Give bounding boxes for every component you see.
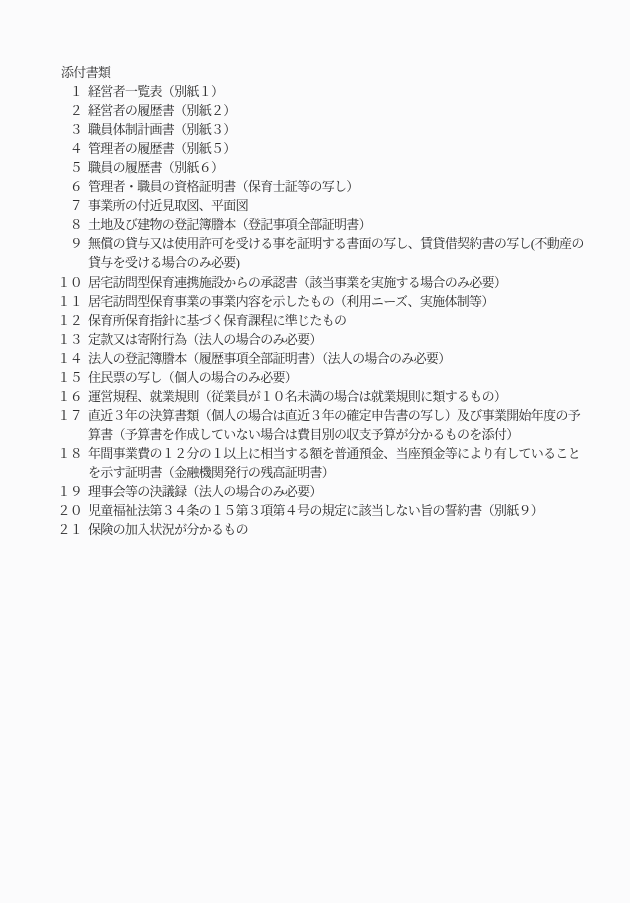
item-text-line: 経営者の履歴書（別紙２） xyxy=(88,101,236,120)
item-text-line: 職員の履歴書（別紙６） xyxy=(88,158,223,177)
list-item: １０ 居宅訪問型保育連携施設からの承認書（該当事業を実施する場合のみ必要） xyxy=(55,273,592,292)
item-number: １１ xyxy=(55,292,82,311)
item-number: ２ xyxy=(55,101,82,120)
item-text: 管理者の履歴書（別紙５） xyxy=(88,139,236,158)
list-item: ８ 土地及び建物の登記簿謄本（登記事項全部証明書） xyxy=(55,215,592,234)
item-text-line: 年間事業費の１２分の１以上に相当する額を普通預金、当座預金等により有していること xyxy=(88,444,580,463)
list-item: １１ 居宅訪問型保育事業の事業内容を示したもの（利用ニーズ、実施体制等） xyxy=(55,292,592,311)
item-text-line: 居宅訪問型保育事業の事業内容を示したもの（利用ニーズ、実施体制等） xyxy=(88,292,494,311)
item-text-line: 保育所保育指針に基づく保育課程に準じたもの xyxy=(88,311,346,330)
item-text-line: を示す証明書（金融機関発行の残高証明書） xyxy=(88,463,580,482)
item-text-line: 無償の貸与又は使用許可を受ける事を証明する書面の写し、賃貸借契約書の写し(不動産… xyxy=(88,234,584,253)
item-text: 保険の加入状況が分かるもの xyxy=(88,520,248,539)
item-number: ８ xyxy=(55,215,82,234)
list-item: ５ 職員の履歴書（別紙６） xyxy=(55,158,592,177)
item-text: 管理者・職員の資格証明書（保育士証等の写し） xyxy=(88,177,359,196)
item-text: 土地及び建物の登記簿謄本（登記事項全部証明書） xyxy=(88,215,371,234)
list-item: １９ 理事会等の決議録（法人の場合のみ必要） xyxy=(55,482,592,501)
list-item: １７ 直近３年の決算書類（個人の場合は直近３年の確定申告書の写し）及び事業開始年… xyxy=(55,406,592,444)
item-number: ４ xyxy=(55,139,82,158)
list-item: １６ 運営規程、就業規則（従業員が１０名未満の場合は就業規則に類するもの） xyxy=(55,387,592,406)
item-number: １６ xyxy=(55,387,82,406)
list-item: ２ 経営者の履歴書（別紙２） xyxy=(55,101,592,120)
item-text: 居宅訪問型保育事業の事業内容を示したもの（利用ニーズ、実施体制等） xyxy=(88,292,494,311)
list-item: １５ 住民票の写し（個人の場合のみ必要） xyxy=(55,368,592,387)
document-list: １ 経営者一覧表（別紙１） ２ 経営者の履歴書（別紙２） ３ 職員体制計画書（別… xyxy=(55,82,592,539)
item-number: ３ xyxy=(55,120,82,139)
list-item: １４ 法人の登記簿謄本（履歴事項全部証明書）（法人の場合のみ必要） xyxy=(55,349,592,368)
item-text: 事業所の付近見取図、平面図 xyxy=(88,196,248,215)
item-text-line: 法人の登記簿謄本（履歴事項全部証明書）（法人の場合のみ必要） xyxy=(88,349,451,368)
list-item: ３ 職員体制計画書（別紙３） xyxy=(55,120,592,139)
item-text-line: 事業所の付近見取図、平面図 xyxy=(88,196,248,215)
list-item: ２１ 保険の加入状況が分かるもの xyxy=(55,520,592,539)
list-item: ４ 管理者の履歴書（別紙５） xyxy=(55,139,592,158)
list-item: １３ 定款又は寄附行為（法人の場合のみ必要） xyxy=(55,330,592,349)
item-text-line: 定款又は寄附行為（法人の場合のみ必要） xyxy=(88,330,322,349)
item-text-line: 管理者の履歴書（別紙５） xyxy=(88,139,236,158)
item-text: 経営者の履歴書（別紙２） xyxy=(88,101,236,120)
list-item: １２ 保育所保育指針に基づく保育課程に準じたもの xyxy=(55,311,592,330)
item-number: １８ xyxy=(55,444,82,463)
item-text-line: 経営者一覧表（別紙１） xyxy=(88,82,223,101)
item-text: 法人の登記簿謄本（履歴事項全部証明書）（法人の場合のみ必要） xyxy=(88,349,451,368)
item-text: 保育所保育指針に基づく保育課程に準じたもの xyxy=(88,311,346,330)
item-text-line: 住民票の写し（個人の場合のみ必要） xyxy=(88,368,297,387)
item-number: １５ xyxy=(55,368,82,387)
list-item: ６ 管理者・職員の資格証明書（保育士証等の写し） xyxy=(55,177,592,196)
page-title: 添付書類 xyxy=(61,63,592,82)
item-number: １７ xyxy=(55,406,82,425)
item-number: ９ xyxy=(55,234,82,253)
item-text: 職員の履歴書（別紙６） xyxy=(88,158,223,177)
item-text: 居宅訪問型保育連携施設からの承認書（該当事業を実施する場合のみ必要） xyxy=(88,273,506,292)
item-text-line: 直近３年の決算書類（個人の場合は直近３年の確定申告書の写し）及び事業開始年度の予 xyxy=(88,406,580,425)
item-text-line: 算書（予算書を作成していない場合は費目別の収支予算が分かるものを添付） xyxy=(88,425,580,444)
document-page: 添付書類 １ 経営者一覧表（別紙１） ２ 経営者の履歴書（別紙２） ３ 職員体制… xyxy=(0,0,630,903)
item-text: 児童福祉法第３４条の１５第３項第４号の規定に該当しない旨の誓約書（別紙９） xyxy=(88,501,543,520)
item-number: ２０ xyxy=(55,501,82,520)
item-number: ５ xyxy=(55,158,82,177)
item-number: １ xyxy=(55,82,82,101)
item-text: 直近３年の決算書類（個人の場合は直近３年の確定申告書の写し）及び事業開始年度の予… xyxy=(88,406,580,444)
list-item: １ 経営者一覧表（別紙１） xyxy=(55,82,592,101)
item-text-line: 保険の加入状況が分かるもの xyxy=(88,520,248,539)
item-text-line: 管理者・職員の資格証明書（保育士証等の写し） xyxy=(88,177,359,196)
item-text: 経営者一覧表（別紙１） xyxy=(88,82,223,101)
item-number: １０ xyxy=(55,273,82,292)
item-text: 職員体制計画書（別紙３） xyxy=(88,120,236,139)
item-number: ２１ xyxy=(55,520,82,539)
item-number: ７ xyxy=(55,196,82,215)
list-item: ９ 無償の貸与又は使用許可を受ける事を証明する書面の写し、賃貸借契約書の写し(不… xyxy=(55,234,592,272)
item-text: 無償の貸与又は使用許可を受ける事を証明する書面の写し、賃貸借契約書の写し(不動産… xyxy=(88,234,584,272)
list-item: ７ 事業所の付近見取図、平面図 xyxy=(55,196,592,215)
item-number: １４ xyxy=(55,349,82,368)
item-text: 運営規程、就業規則（従業員が１０名未満の場合は就業規則に類するもの） xyxy=(88,387,506,406)
item-text-line: 職員体制計画書（別紙３） xyxy=(88,120,236,139)
item-text: 定款又は寄附行為（法人の場合のみ必要） xyxy=(88,330,322,349)
item-text-line: 土地及び建物の登記簿謄本（登記事項全部証明書） xyxy=(88,215,371,234)
item-number: １２ xyxy=(55,311,82,330)
item-text-line: 理事会等の決議録（法人の場合のみ必要） xyxy=(88,482,322,501)
item-text-line: 児童福祉法第３４条の１５第３項第４号の規定に該当しない旨の誓約書（別紙９） xyxy=(88,501,543,520)
item-text-line: 居宅訪問型保育連携施設からの承認書（該当事業を実施する場合のみ必要） xyxy=(88,273,506,292)
item-number: １３ xyxy=(55,330,82,349)
item-number: １９ xyxy=(55,482,82,501)
list-item: ２０ 児童福祉法第３４条の１５第３項第４号の規定に該当しない旨の誓約書（別紙９） xyxy=(55,501,592,520)
item-text-line: 貸与を受ける場合のみ必要) xyxy=(88,253,584,272)
item-text: 住民票の写し（個人の場合のみ必要） xyxy=(88,368,297,387)
item-text: 理事会等の決議録（法人の場合のみ必要） xyxy=(88,482,322,501)
item-text: 年間事業費の１２分の１以上に相当する額を普通預金、当座預金等により有していること… xyxy=(88,444,580,482)
item-text-line: 運営規程、就業規則（従業員が１０名未満の場合は就業規則に類するもの） xyxy=(88,387,506,406)
list-item: １８ 年間事業費の１２分の１以上に相当する額を普通預金、当座預金等により有してい… xyxy=(55,444,592,482)
item-number: ６ xyxy=(55,177,82,196)
